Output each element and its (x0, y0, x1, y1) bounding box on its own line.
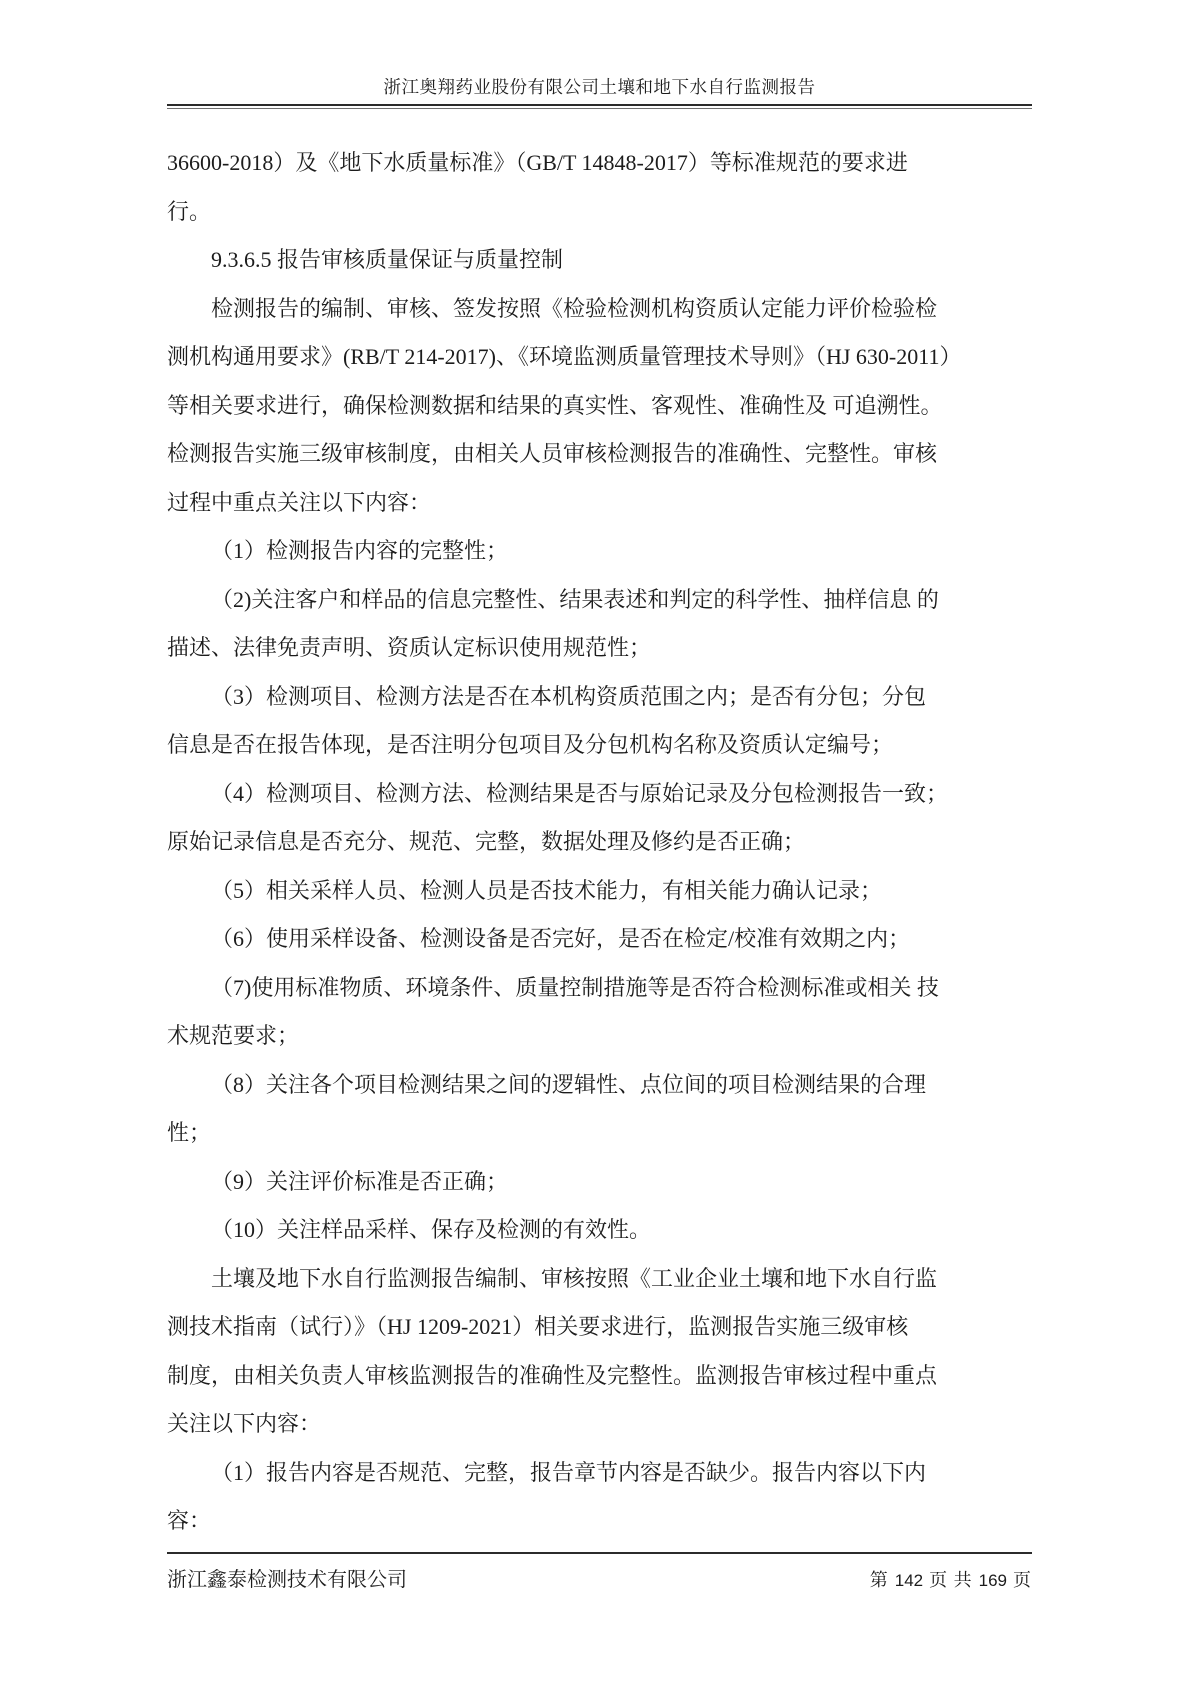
page-label-middle: 页 共 (929, 1570, 973, 1590)
footer-row: 浙江鑫泰检测技术有限公司 第142页 共169页 (167, 1554, 1032, 1592)
body-line: 测机构通用要求》(RB/T 214-2017)、《环境监测质量管理技术导则》（H… (167, 333, 1032, 382)
body-text: 36600-2018）及《地下水质量标准》（GB/T 14848-2017）等标… (0, 109, 1199, 1546)
body-line: （5）相关采样人员、检测人员是否技术能力，有相关能力确认记录； (167, 867, 1032, 916)
body-line: 检测报告的编制、审核、签发按照《检验检测机构资质认定能力评价检验检 (167, 285, 1032, 334)
body-line: （7)使用标准物质、环境条件、质量控制措施等是否符合检测标准或相关 技 (167, 964, 1032, 1013)
body-line: 描述、法律免责声明、资质认定标识使用规范性； (167, 624, 1032, 673)
body-line: 制度，由相关负责人审核监测报告的准确性及完整性。监测报告审核过程中重点 (167, 1352, 1032, 1401)
footer-page-info: 第142页 共169页 (870, 1566, 1032, 1592)
page-label-suffix: 页 (1013, 1570, 1032, 1590)
body-line: （2)关注客户和样品的信息完整性、结果表述和判定的科学性、抽样信息 的 (167, 576, 1032, 625)
body-line: （1）报告内容是否规范、完整，报告章节内容是否缺少。报告内容以下内 (167, 1449, 1032, 1498)
body-line: 等相关要求进行，确保检测数据和结果的真实性、客观性、准确性及 可追溯性。 (167, 382, 1032, 431)
body-line: 9.3.6.5 报告审核质量保证与质量控制 (167, 236, 1032, 285)
body-line: 过程中重点关注以下内容： (167, 479, 1032, 528)
body-line: （3）检测项目、检测方法是否在本机构资质范围之内；是否有分包；分包 (167, 673, 1032, 722)
body-line: 36600-2018）及《地下水质量标准》（GB/T 14848-2017）等标… (167, 139, 1032, 188)
body-line: 行。 (167, 188, 1032, 237)
body-line: 检测报告实施三级审核制度，由相关人员审核检测报告的准确性、完整性。审核 (167, 430, 1032, 479)
body-line: 测技术指南（试行）》（HJ 1209-2021）相关要求进行，监测报告实施三级审… (167, 1303, 1032, 1352)
body-line: 术规范要求； (167, 1012, 1032, 1061)
page-number-total: 169 (979, 1571, 1007, 1590)
page-label-prefix: 第 (870, 1570, 889, 1590)
page-footer: 浙江鑫泰检测技术有限公司 第142页 共169页 (167, 1552, 1032, 1592)
body-line: 性； (167, 1109, 1032, 1158)
body-line: 容： (167, 1497, 1032, 1546)
body-line: 信息是否在报告体现，是否注明分包项目及分包机构名称及资质认定编号； (167, 721, 1032, 770)
body-line: （4）检测项目、检测方法、检测结果是否与原始记录及分包检测报告一致； (167, 770, 1032, 819)
body-line: （8）关注各个项目检测结果之间的逻辑性、点位间的项目检测结果的合理 (167, 1061, 1032, 1110)
body-line: 关注以下内容： (167, 1400, 1032, 1449)
body-line: （1）检测报告内容的完整性； (167, 527, 1032, 576)
page-number-current: 142 (895, 1571, 923, 1590)
body-line: （9）关注评价标准是否正确； (167, 1158, 1032, 1207)
footer-company: 浙江鑫泰检测技术有限公司 (167, 1563, 407, 1592)
document-page: 浙江奥翔药业股份有限公司土壤和地下水自行监测报告 36600-2018）及《地下… (0, 0, 1199, 1696)
body-line: 原始记录信息是否充分、规范、完整，数据处理及修约是否正确； (167, 818, 1032, 867)
page-header: 浙江奥翔药业股份有限公司土壤和地下水自行监测报告 (0, 0, 1199, 109)
body-line: 土壤及地下水自行监测报告编制、审核按照《工业企业土壤和地下水自行监 (167, 1255, 1032, 1304)
header-title: 浙江奥翔药业股份有限公司土壤和地下水自行监测报告 (167, 76, 1032, 98)
body-line: （6）使用采样设备、检测设备是否完好，是否在检定/校准有效期之内； (167, 915, 1032, 964)
body-line: （10）关注样品采样、保存及检测的有效性。 (167, 1206, 1032, 1255)
